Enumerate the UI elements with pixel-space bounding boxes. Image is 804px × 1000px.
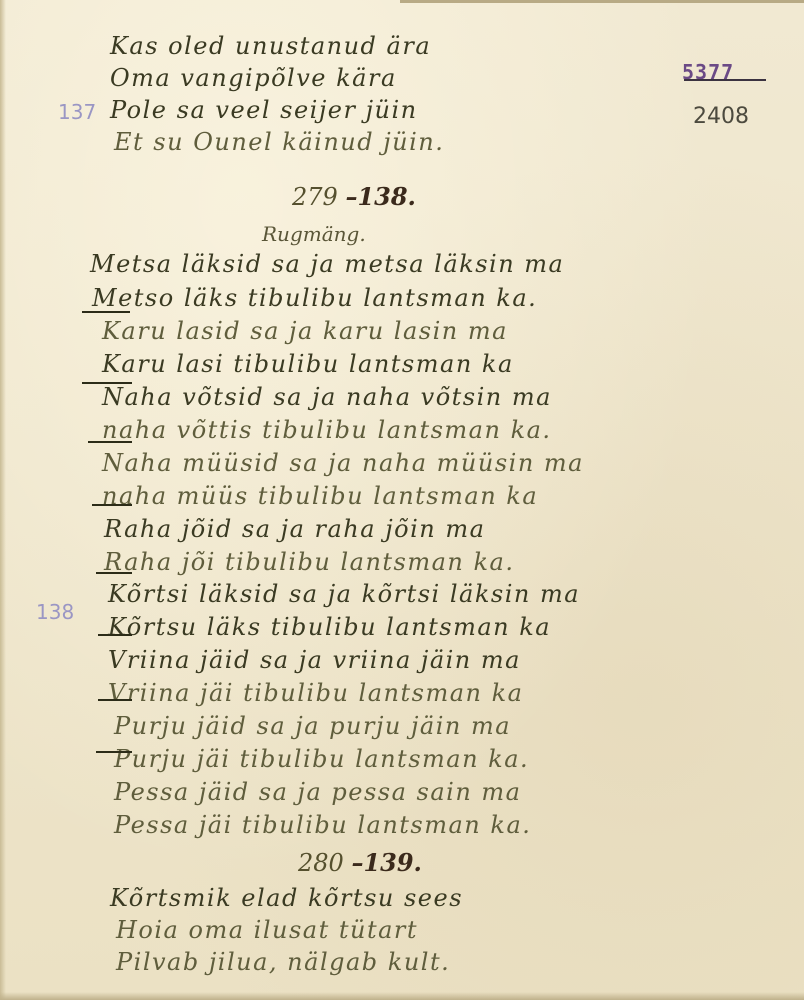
section-279-line-5: Naha võtsid sa ja naha võtsin ma [102, 383, 552, 411]
archive-number: 2408 [693, 104, 749, 129]
line-marker [92, 504, 132, 506]
margin-number-137: 137 [58, 100, 96, 124]
section-279-line-8: naha müüs tibulibu lantsman ka [102, 482, 538, 510]
line-marker [98, 634, 132, 636]
section-279-line-17: Pessa jäid sa ja pessa sain ma [114, 778, 521, 806]
section-280-line-1: Kõrtsmik elad kõrtsu sees [110, 884, 463, 912]
section-279-line-16: Purju jäi tibulibu lantsman ka. [114, 745, 529, 773]
section-280-separator: – [351, 848, 363, 877]
section-279-line-3: Karu lasid sa ja karu lasin ma [102, 317, 508, 345]
top-stanza-line-1: Kas oled unustanud ära [110, 32, 431, 60]
section-279-line-15: Purju jäid sa ja purju jäin ma [114, 712, 511, 740]
line-marker [96, 751, 132, 753]
line-marker [98, 699, 132, 701]
section-280-line-3: Pilvab jilua, nälgab kult. [116, 948, 450, 976]
section-279-line-18: Pessa jäi tibulibu lantsman ka. [114, 811, 531, 839]
manuscript-page: Kas oled unustanud ära Oma vangipõlve kä… [0, 0, 804, 1000]
section-279-line-10: Raha jõi tibulibu lantsman ka. [104, 548, 515, 576]
section-279-line-2: Metso läks tibulibu lantsman ka. [92, 284, 537, 312]
page-top-edge [400, 0, 804, 3]
margin-number-138: 138 [36, 600, 74, 624]
line-marker [96, 572, 132, 574]
section-280-heading: 280 –139. [298, 848, 422, 877]
section-280-line-2: Hoia oma ilusat tütart [116, 916, 418, 944]
section-279-title: Rugmäng. [262, 222, 366, 246]
section-279-line-11: Kõrtsi läksid sa ja kõrtsi läksin ma [108, 580, 580, 608]
line-marker [82, 311, 130, 313]
top-stanza-line-4: Et su Ounel käinud jüin. [114, 128, 444, 156]
section-279-line-1: Metsa läksid sa ja metsa läksin ma [90, 250, 564, 278]
section-279-line-13: Vriina jäid sa ja vriina jäin ma [108, 646, 521, 674]
top-stanza-line-2: Oma vangipõlve kära [110, 64, 397, 92]
top-stanza-line-3: Pole sa veel seijer jüin [110, 96, 418, 124]
section-279-number: 279 [292, 183, 338, 211]
section-279-line-4: Karu lasi tibulibu lantsman ka [102, 350, 514, 378]
section-279-line-14: Vriina jäi tibulibu lantsman ka [108, 679, 523, 707]
section-280-alt-number: 139. [363, 848, 421, 877]
section-279-separator: – [345, 182, 357, 211]
stamp-strikethrough [684, 79, 766, 81]
section-279-line-7: Naha müüsid sa ja naha müüsin ma [102, 449, 584, 477]
section-280-number: 280 [298, 849, 344, 877]
section-279-line-9: Raha jõid sa ja raha jõin ma [104, 515, 485, 543]
section-279-line-6: naha võttis tibulibu lantsman ka. [102, 416, 552, 444]
line-marker [88, 441, 132, 443]
section-279-line-12: Kõrtsu läks tibulibu lantsman ka [108, 613, 551, 641]
section-279-alt-number: 138. [357, 182, 415, 211]
section-279-heading: 279 –138. [292, 182, 416, 211]
